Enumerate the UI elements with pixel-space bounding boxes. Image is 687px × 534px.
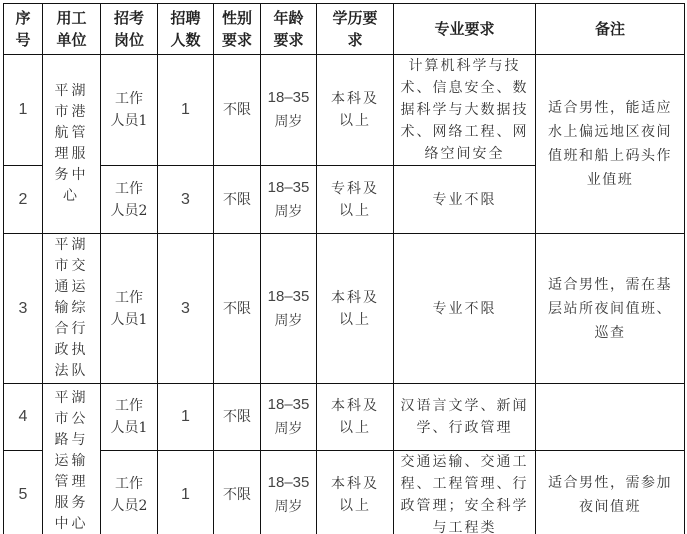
age-range: 18–35 — [263, 393, 314, 417]
age-range: 18–35 — [263, 86, 314, 110]
cell-unit: 平湖市交通运输综合行政执法队 — [43, 234, 101, 384]
cell-education: 本科及以上 — [317, 234, 394, 384]
cell-major: 计算机科学与技术、信息安全、数据科学与大数据技术、网络工程、网络空间安全 — [394, 55, 536, 166]
cell-count: 1 — [158, 451, 214, 534]
recruitment-table-container: 序号 用工单位 招考岗位 招聘人数 性别要求 年龄要求 学历要求 专业要求 备注… — [3, 3, 685, 534]
cell-major: 专业不限 — [394, 234, 536, 384]
cell-age: 18–35 周岁 — [261, 234, 317, 384]
age-range: 18–35 — [263, 285, 314, 309]
cell-unit: 平湖市公路与运输管理服务中心 — [43, 384, 101, 534]
cell-count: 1 — [158, 384, 214, 451]
header-row: 序号 用工单位 招考岗位 招聘人数 性别要求 年龄要求 学历要求 专业要求 备注 — [4, 4, 685, 55]
cell-post: 工作人员1 — [101, 384, 158, 451]
cell-education: 本科及以上 — [317, 384, 394, 451]
cell-age: 18–35 周岁 — [261, 451, 317, 534]
header-post: 招考岗位 — [101, 4, 158, 55]
cell-education: 本科及以上 — [317, 451, 394, 534]
cell-note — [536, 384, 685, 451]
cell-education: 专科及以上 — [317, 166, 394, 234]
cell-note: 适合男性，需参加夜间值班 — [536, 451, 685, 534]
cell-major: 专业不限 — [394, 166, 536, 234]
age-unit: 周岁 — [263, 110, 314, 134]
cell-gender: 不限 — [214, 166, 261, 234]
header-education: 学历要求 — [317, 4, 394, 55]
cell-post: 工作人员2 — [101, 451, 158, 534]
cell-gender: 不限 — [214, 55, 261, 166]
age-unit: 周岁 — [263, 417, 314, 441]
age-unit: 周岁 — [263, 200, 314, 224]
cell-unit: 平湖市港航管理服务中心 — [43, 55, 101, 234]
cell-gender: 不限 — [214, 234, 261, 384]
cell-seq: 3 — [4, 234, 43, 384]
table-row: 3 平湖市交通运输综合行政执法队 工作人员1 3 不限 18–35 周岁 本科及… — [4, 234, 685, 384]
age-unit: 周岁 — [263, 495, 314, 519]
cell-age: 18–35 周岁 — [261, 384, 317, 451]
header-unit: 用工单位 — [43, 4, 101, 55]
cell-gender: 不限 — [214, 384, 261, 451]
cell-seq: 2 — [4, 166, 43, 234]
cell-note: 适合男性，需在基层站所夜间值班、巡查 — [536, 234, 685, 384]
age-range: 18–35 — [263, 471, 314, 495]
cell-count: 3 — [158, 234, 214, 384]
header-age: 年龄要求 — [261, 4, 317, 55]
age-range: 18–35 — [263, 176, 314, 200]
cell-count: 1 — [158, 55, 214, 166]
cell-education: 本科及以上 — [317, 55, 394, 166]
cell-gender: 不限 — [214, 451, 261, 534]
cell-count: 3 — [158, 166, 214, 234]
age-unit: 周岁 — [263, 309, 314, 333]
cell-age: 18–35 周岁 — [261, 55, 317, 166]
cell-age: 18–35 周岁 — [261, 166, 317, 234]
cell-seq: 1 — [4, 55, 43, 166]
cell-major: 交通运输、交通工程、工程管理、行政管理；安全科学与工程类 — [394, 451, 536, 534]
cell-post: 工作人员2 — [101, 166, 158, 234]
recruitment-table: 序号 用工单位 招考岗位 招聘人数 性别要求 年龄要求 学历要求 专业要求 备注… — [3, 3, 685, 534]
table-row: 5 工作人员2 1 不限 18–35 周岁 本科及以上 交通运输、交通工程、工程… — [4, 451, 685, 534]
header-note: 备注 — [536, 4, 685, 55]
header-gender: 性别要求 — [214, 4, 261, 55]
header-seq: 序号 — [4, 4, 43, 55]
cell-post: 工作人员1 — [101, 55, 158, 166]
cell-note: 适合男性，能适应水上偏远地区夜间值班和船上码头作业值班 — [536, 55, 685, 234]
header-count: 招聘人数 — [158, 4, 214, 55]
table-row: 1 平湖市港航管理服务中心 工作人员1 1 不限 18–35 周岁 本科及以上 … — [4, 55, 685, 166]
cell-post: 工作人员1 — [101, 234, 158, 384]
cell-seq: 4 — [4, 384, 43, 451]
table-row: 4 平湖市公路与运输管理服务中心 工作人员1 1 不限 18–35 周岁 本科及… — [4, 384, 685, 451]
cell-major: 汉语言文学、新闻学、行政管理 — [394, 384, 536, 451]
header-major: 专业要求 — [394, 4, 536, 55]
cell-seq: 5 — [4, 451, 43, 534]
